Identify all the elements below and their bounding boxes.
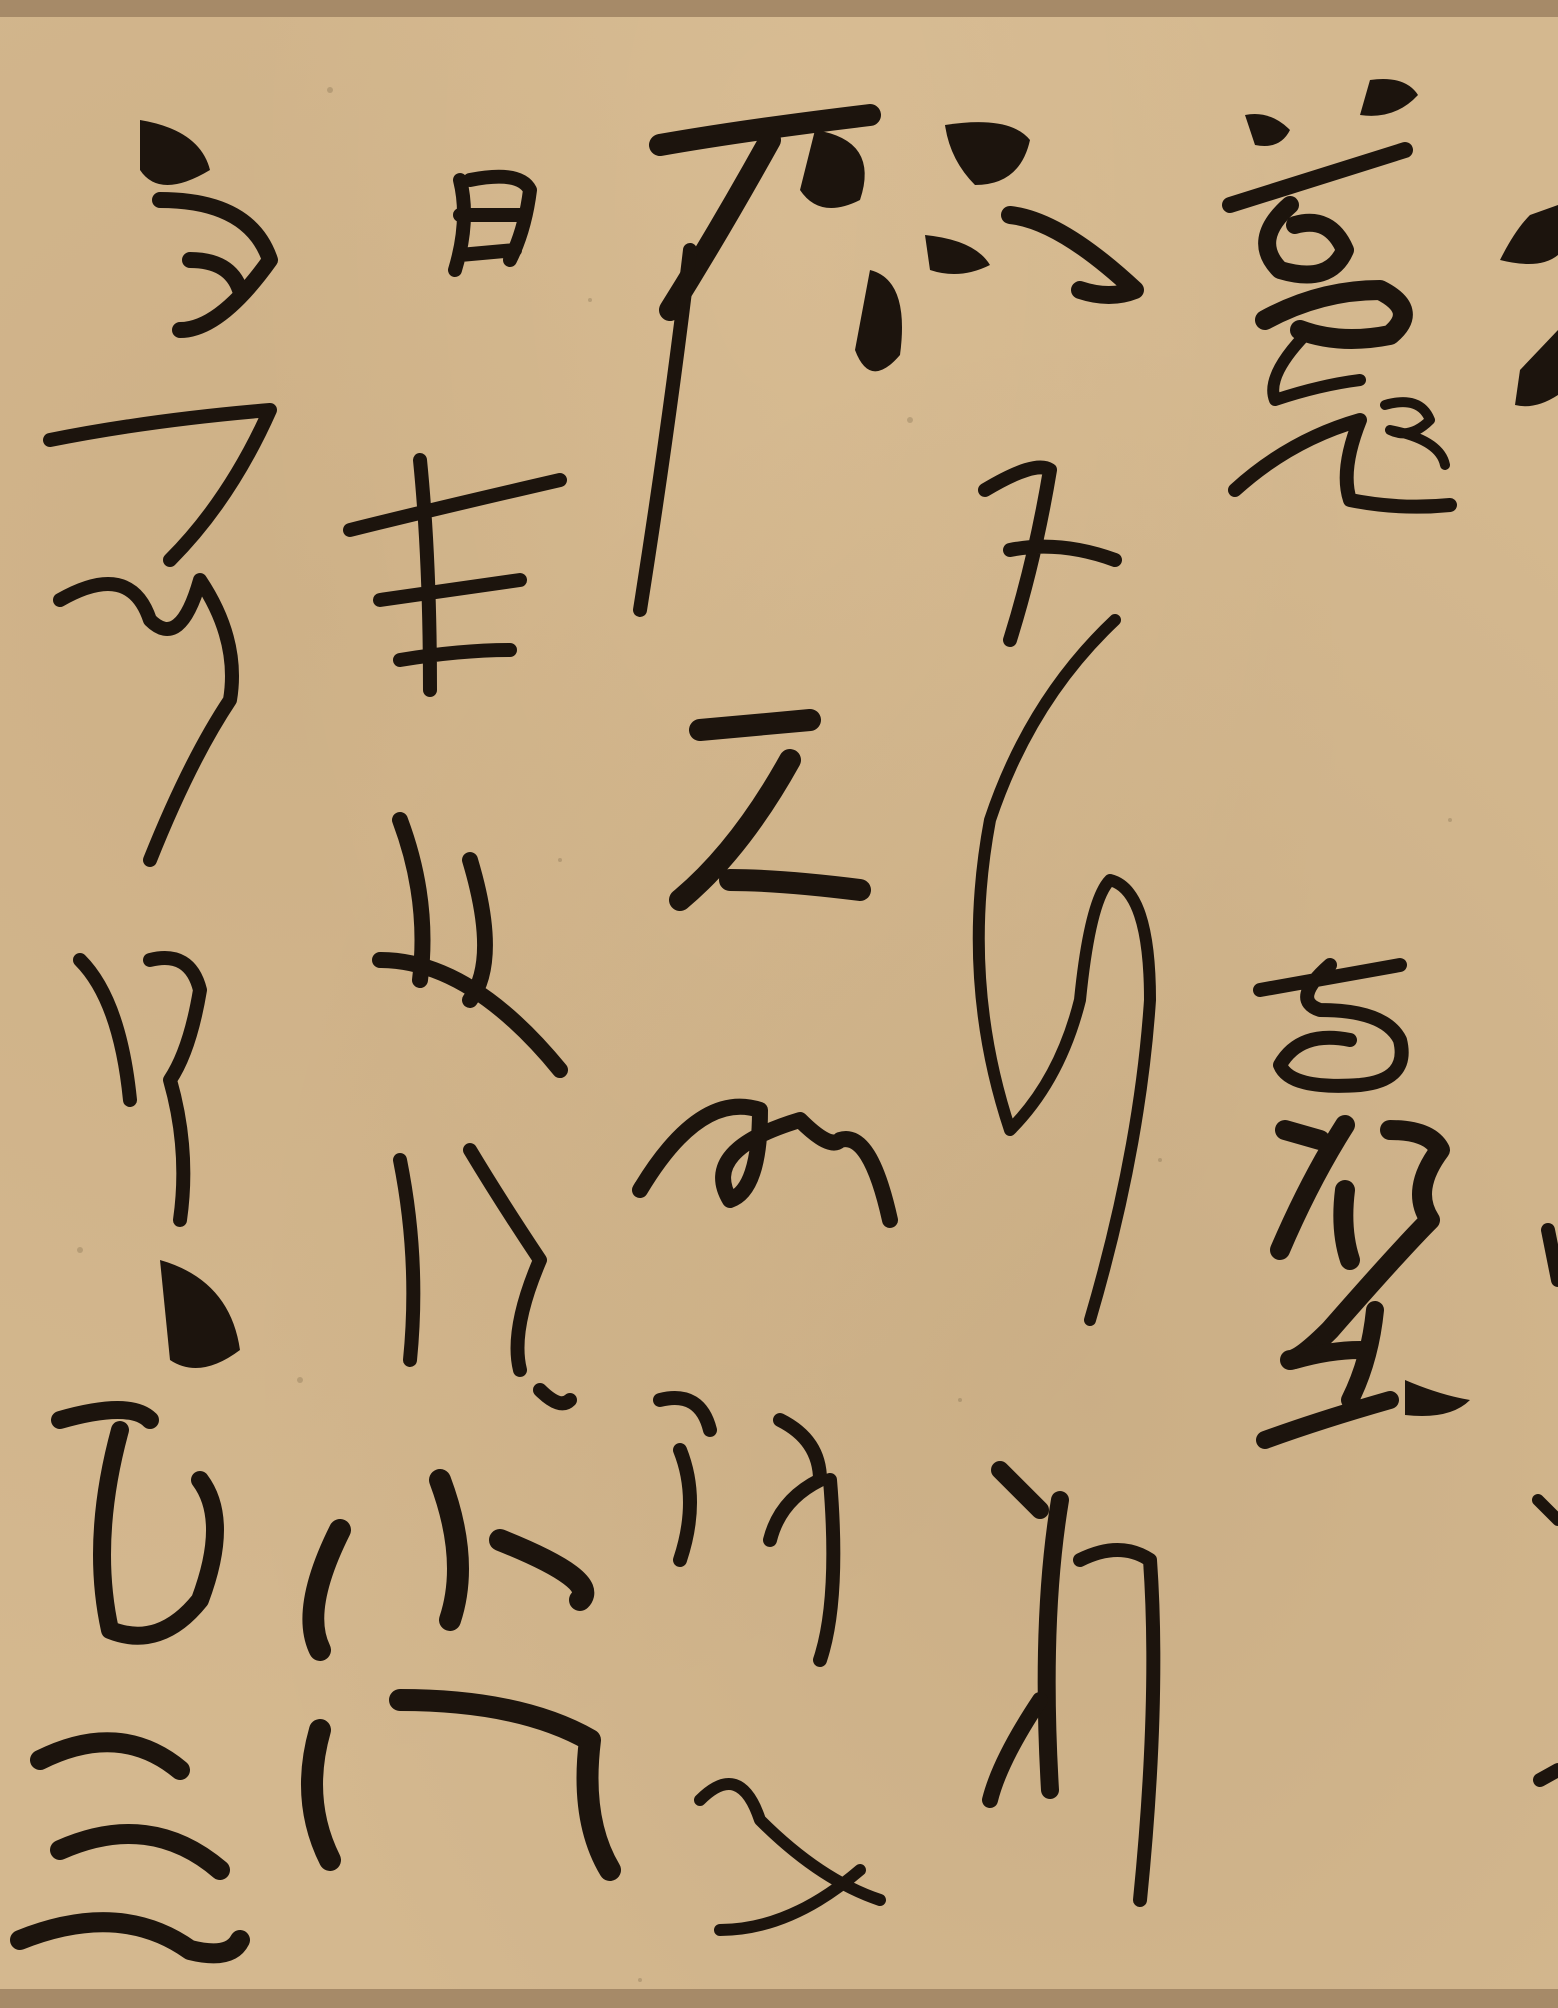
column-1-partial xyxy=(1500,205,1558,1780)
column-3 xyxy=(925,122,1153,1900)
calligraphy-strokes xyxy=(0,17,1558,1989)
column-2 xyxy=(1230,79,1470,1440)
paper-texture-speckles xyxy=(77,87,1452,1982)
column-5 xyxy=(312,177,610,1870)
column-4 xyxy=(640,115,902,1930)
column-6 xyxy=(20,120,270,1953)
scroll-paper: Chinese cursive calligraphy scroll (草書) xyxy=(0,17,1558,1989)
bottom-mount-border xyxy=(0,1989,1558,2008)
calligraphy-scroll: Chinese cursive calligraphy scroll (草書) xyxy=(0,0,1558,2008)
top-mount-border xyxy=(0,0,1558,17)
